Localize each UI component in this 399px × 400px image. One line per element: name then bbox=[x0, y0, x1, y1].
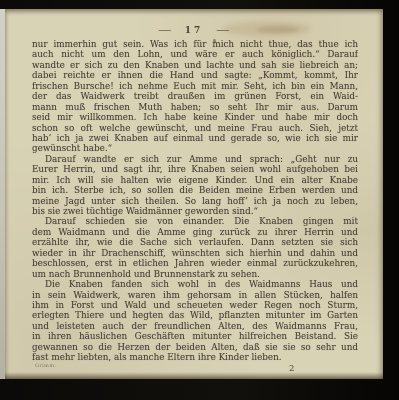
page-bottom-shadow bbox=[5, 372, 383, 379]
text-line: erzählte ihr, wie die Sache sich verlauf… bbox=[32, 238, 358, 248]
text-line: in ihren häuslichen Geschäften mitunter … bbox=[32, 332, 358, 342]
text-line: mann muß frischen Muth haben; so seht Ih… bbox=[32, 103, 358, 113]
text-line: bis sie zwei tüchtige Waidmänner geworde… bbox=[32, 207, 358, 217]
text-line: gewünscht habe.“ bbox=[32, 144, 358, 154]
text-line: wieder in ihr Drachenschiff, wünschten s… bbox=[32, 249, 358, 259]
text-line: und leisteten auch der freundlichen Alte… bbox=[32, 322, 358, 332]
text-line: hab’ ich ja zwei Knaben auf einmal und g… bbox=[32, 134, 358, 144]
text-line: der das Waidwerk treibt draußen im grüne… bbox=[32, 92, 358, 102]
header-page-number: 17 bbox=[185, 26, 204, 36]
text-line: um nach Brunnenhold und Brunnenstark zu … bbox=[32, 270, 358, 280]
text-line: Darauf wandte er sich zur Amme und sprac… bbox=[32, 155, 358, 165]
printer-signature-mark: Grimm. bbox=[35, 363, 56, 369]
header-dash-right: — bbox=[216, 25, 229, 36]
text-line: schon so oft welche gewünscht, und meine… bbox=[32, 124, 358, 134]
text-line: erlegten Thiere und hegten das Wild, pfl… bbox=[32, 311, 358, 321]
text-line: dabei reichte er ihnen die Hand und sagt… bbox=[32, 71, 358, 81]
text-line: wandte er sich zu den Knaben und lachte … bbox=[32, 61, 358, 71]
book-page: — 17 — nur immerhin gut sein. Was ich fü… bbox=[5, 9, 383, 379]
text-line: meine Jagd unter sich theilen. So lang h… bbox=[32, 197, 358, 207]
text-line: Die Knaben fanden sich wohl in des Waidm… bbox=[32, 280, 358, 290]
text-line: auch nicht um den Lohn, und wäre er auch… bbox=[32, 50, 358, 60]
text-line: mir. Ich will sie halten wie eigene Kind… bbox=[32, 176, 358, 186]
text-line: dem Waidmann und die Amme ging zurück zu… bbox=[32, 228, 358, 238]
text-line: bin ich. Sterbe ich, so sollen die Beide… bbox=[32, 186, 358, 196]
text-line: seid mir willkommen. Ich habe keine Kind… bbox=[32, 113, 358, 123]
page-header: — 17 — bbox=[31, 25, 357, 36]
text-line: in sein Waidwerk, waren ihm gehorsam in … bbox=[32, 291, 358, 301]
text-line: nur immerhin gut sein. Was ich für mich … bbox=[32, 40, 358, 50]
text-line: beschlossen, erst in etlichen Jahren wie… bbox=[32, 259, 358, 269]
text-line: frischen Bursche! ich nehme Euch mit mir… bbox=[32, 82, 358, 92]
text-line: ihm in Forst und Wald und scheueten wede… bbox=[32, 301, 358, 311]
text-line: gewannen so die Herzen der beiden Alten,… bbox=[32, 343, 358, 353]
header-dash-left: — bbox=[158, 25, 171, 36]
scanned-book-page: — 17 — nur immerhin gut sein. Was ich fü… bbox=[0, 0, 399, 400]
text-line: Darauf schieden sie von einander. Die Kn… bbox=[32, 217, 358, 227]
page-text: nur immerhin gut sein. Was ich für mich … bbox=[32, 40, 358, 364]
text-line: fast mehr liebten, als manche Eltern ihr… bbox=[32, 353, 358, 363]
text-line: Eurer Herrin, und sagt ihr, ihre Knaben … bbox=[32, 165, 358, 175]
